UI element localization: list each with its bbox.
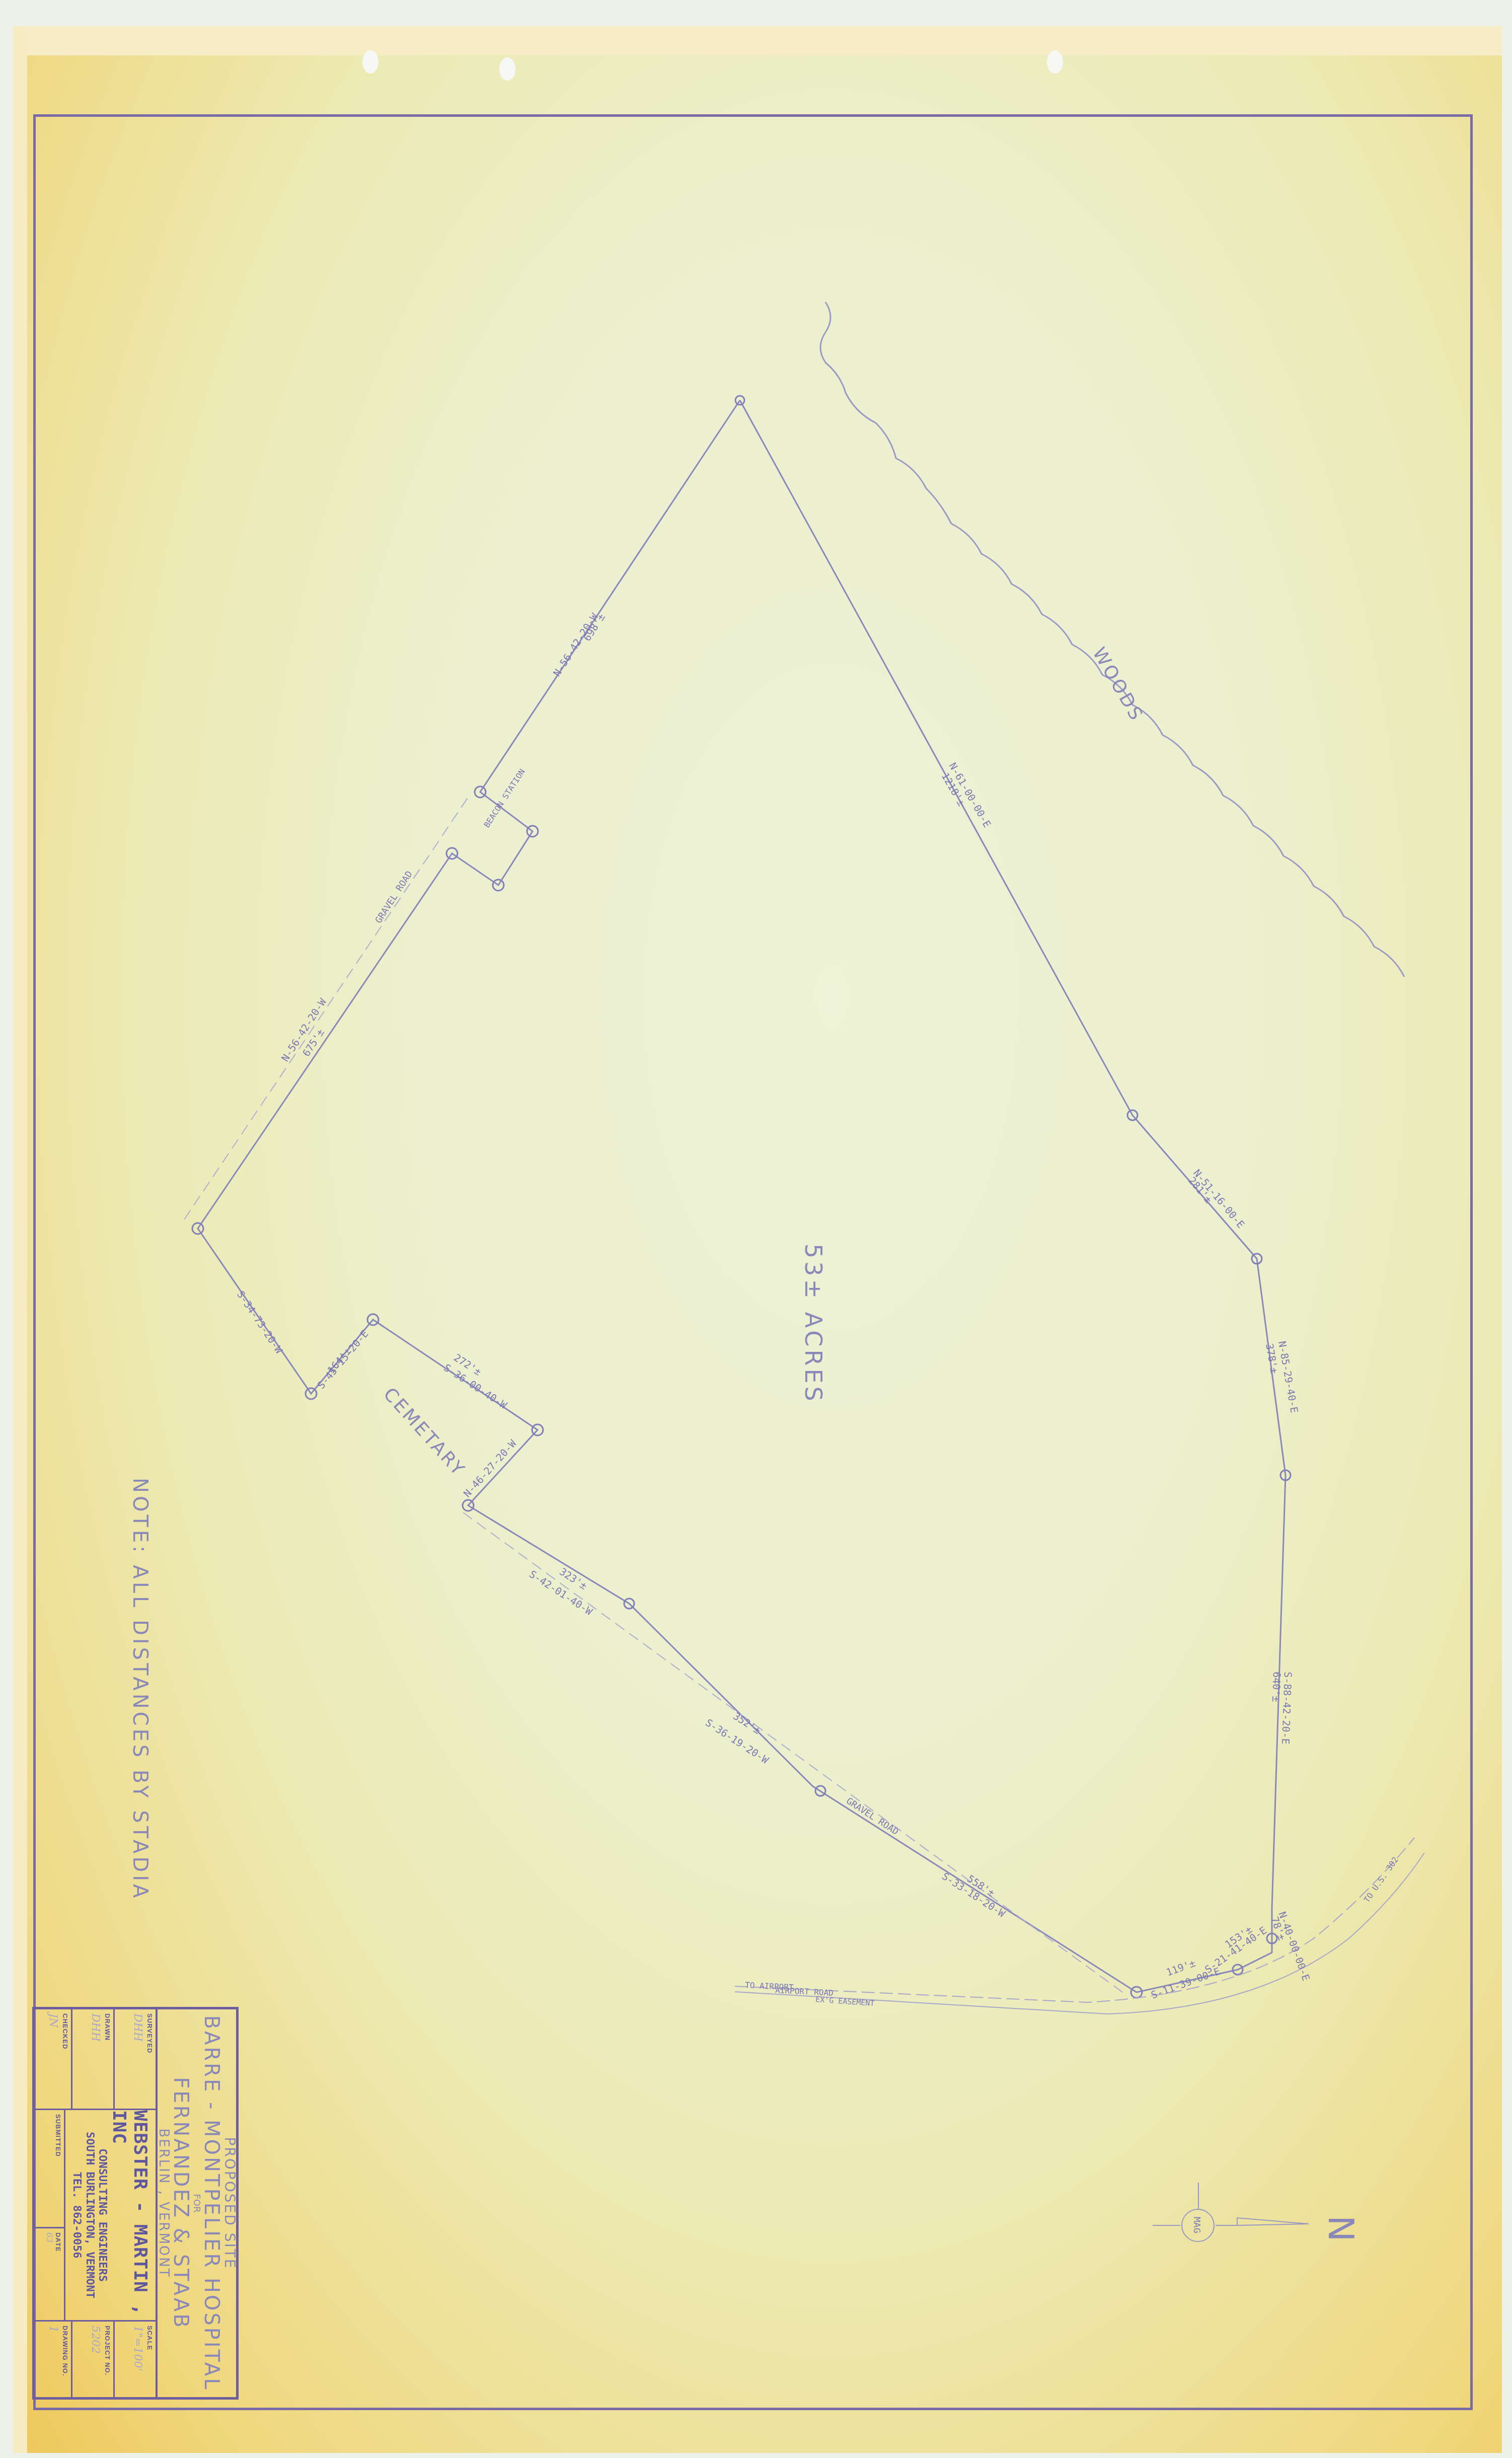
title-block-container: PROPOSED SITE BARRE - MONTPELIER HOSPITA… (32, 2007, 239, 2400)
surveyed-cell: SURVEYED DHH (113, 2009, 156, 2110)
drawn-cell: DRAWN DHH (71, 2009, 113, 2110)
property-boundary (198, 400, 1286, 1992)
title-line-1: PROPOSED SITE (222, 2137, 237, 2269)
drawing-number-cell: DRAWING NO. 1 (35, 2322, 71, 2397)
course-label: 640'± (1270, 1672, 1283, 1702)
course-label: N-51-16-00-E (1191, 1167, 1247, 1231)
title-line-2: BARRE - MONTPELIER HOSPITAL (201, 2015, 222, 2392)
to-us-302-label: TO U.S. 302 (1362, 1855, 1400, 1905)
engineering-firm-block: WEBSTER - MARTIN , INC CONSULTING ENGINE… (64, 2110, 156, 2322)
firm-phone: TEL. 862-0056 (70, 2172, 83, 2258)
date-cell: DATE 63 (35, 2228, 64, 2322)
airport-road-south-edge (735, 1853, 1424, 2014)
survey-monuments (192, 396, 1291, 1998)
mag-label: MAG (1191, 2217, 1202, 2233)
firm-name: WEBSTER - MARTIN , INC (109, 2110, 150, 2320)
scale-cell: SCALE 1"=100' (113, 2322, 156, 2397)
woods-edge-line (820, 302, 1404, 977)
easement-label: EX'G EASEMENT (815, 1995, 875, 2008)
firm-location: SOUTH BURLINGTON, VERMONT (83, 2132, 96, 2298)
stadia-note: NOTE: ALL DISTANCES BY STADIA (128, 1478, 152, 1901)
course-label: 352'± (731, 1710, 763, 1737)
gravel-road-west (184, 797, 469, 1219)
course-label: S-34-73-20-W (235, 1288, 285, 1356)
acreage-label: 53± ACRES (800, 1244, 827, 1404)
title-line-3: FOR (192, 2194, 201, 2212)
gravel-road-label: GRAVEL ROAD (844, 1796, 900, 1838)
course-label: N-46-27-20-W (461, 1437, 519, 1499)
woods-label: WOODS (1088, 644, 1147, 726)
title-block: PROPOSED SITE BARRE - MONTPELIER HOSPITA… (32, 2007, 239, 2400)
cemetery-label: CEMETARY (379, 1384, 469, 1481)
north-letter: N (1320, 2215, 1362, 2242)
title-line-5: BERLIN , VERMONT (157, 2128, 170, 2278)
title-line-4: FERNANDEZ & STAAB (171, 2077, 192, 2329)
project-number-cell: PROJECT NO. 5202 (71, 2322, 113, 2397)
checked-cell: CHECKED JN (35, 2009, 71, 2110)
course-label: N-85-29-40-E (1276, 1340, 1301, 1414)
submitted-cell: SUBMITTED (35, 2110, 64, 2228)
firm-subtitle: CONSULTING ENGINEERS (96, 2148, 109, 2282)
north-arrow: MAG N (1153, 2183, 1362, 2242)
title-block-header: PROPOSED SITE BARRE - MONTPELIER HOSPITA… (156, 2009, 236, 2397)
